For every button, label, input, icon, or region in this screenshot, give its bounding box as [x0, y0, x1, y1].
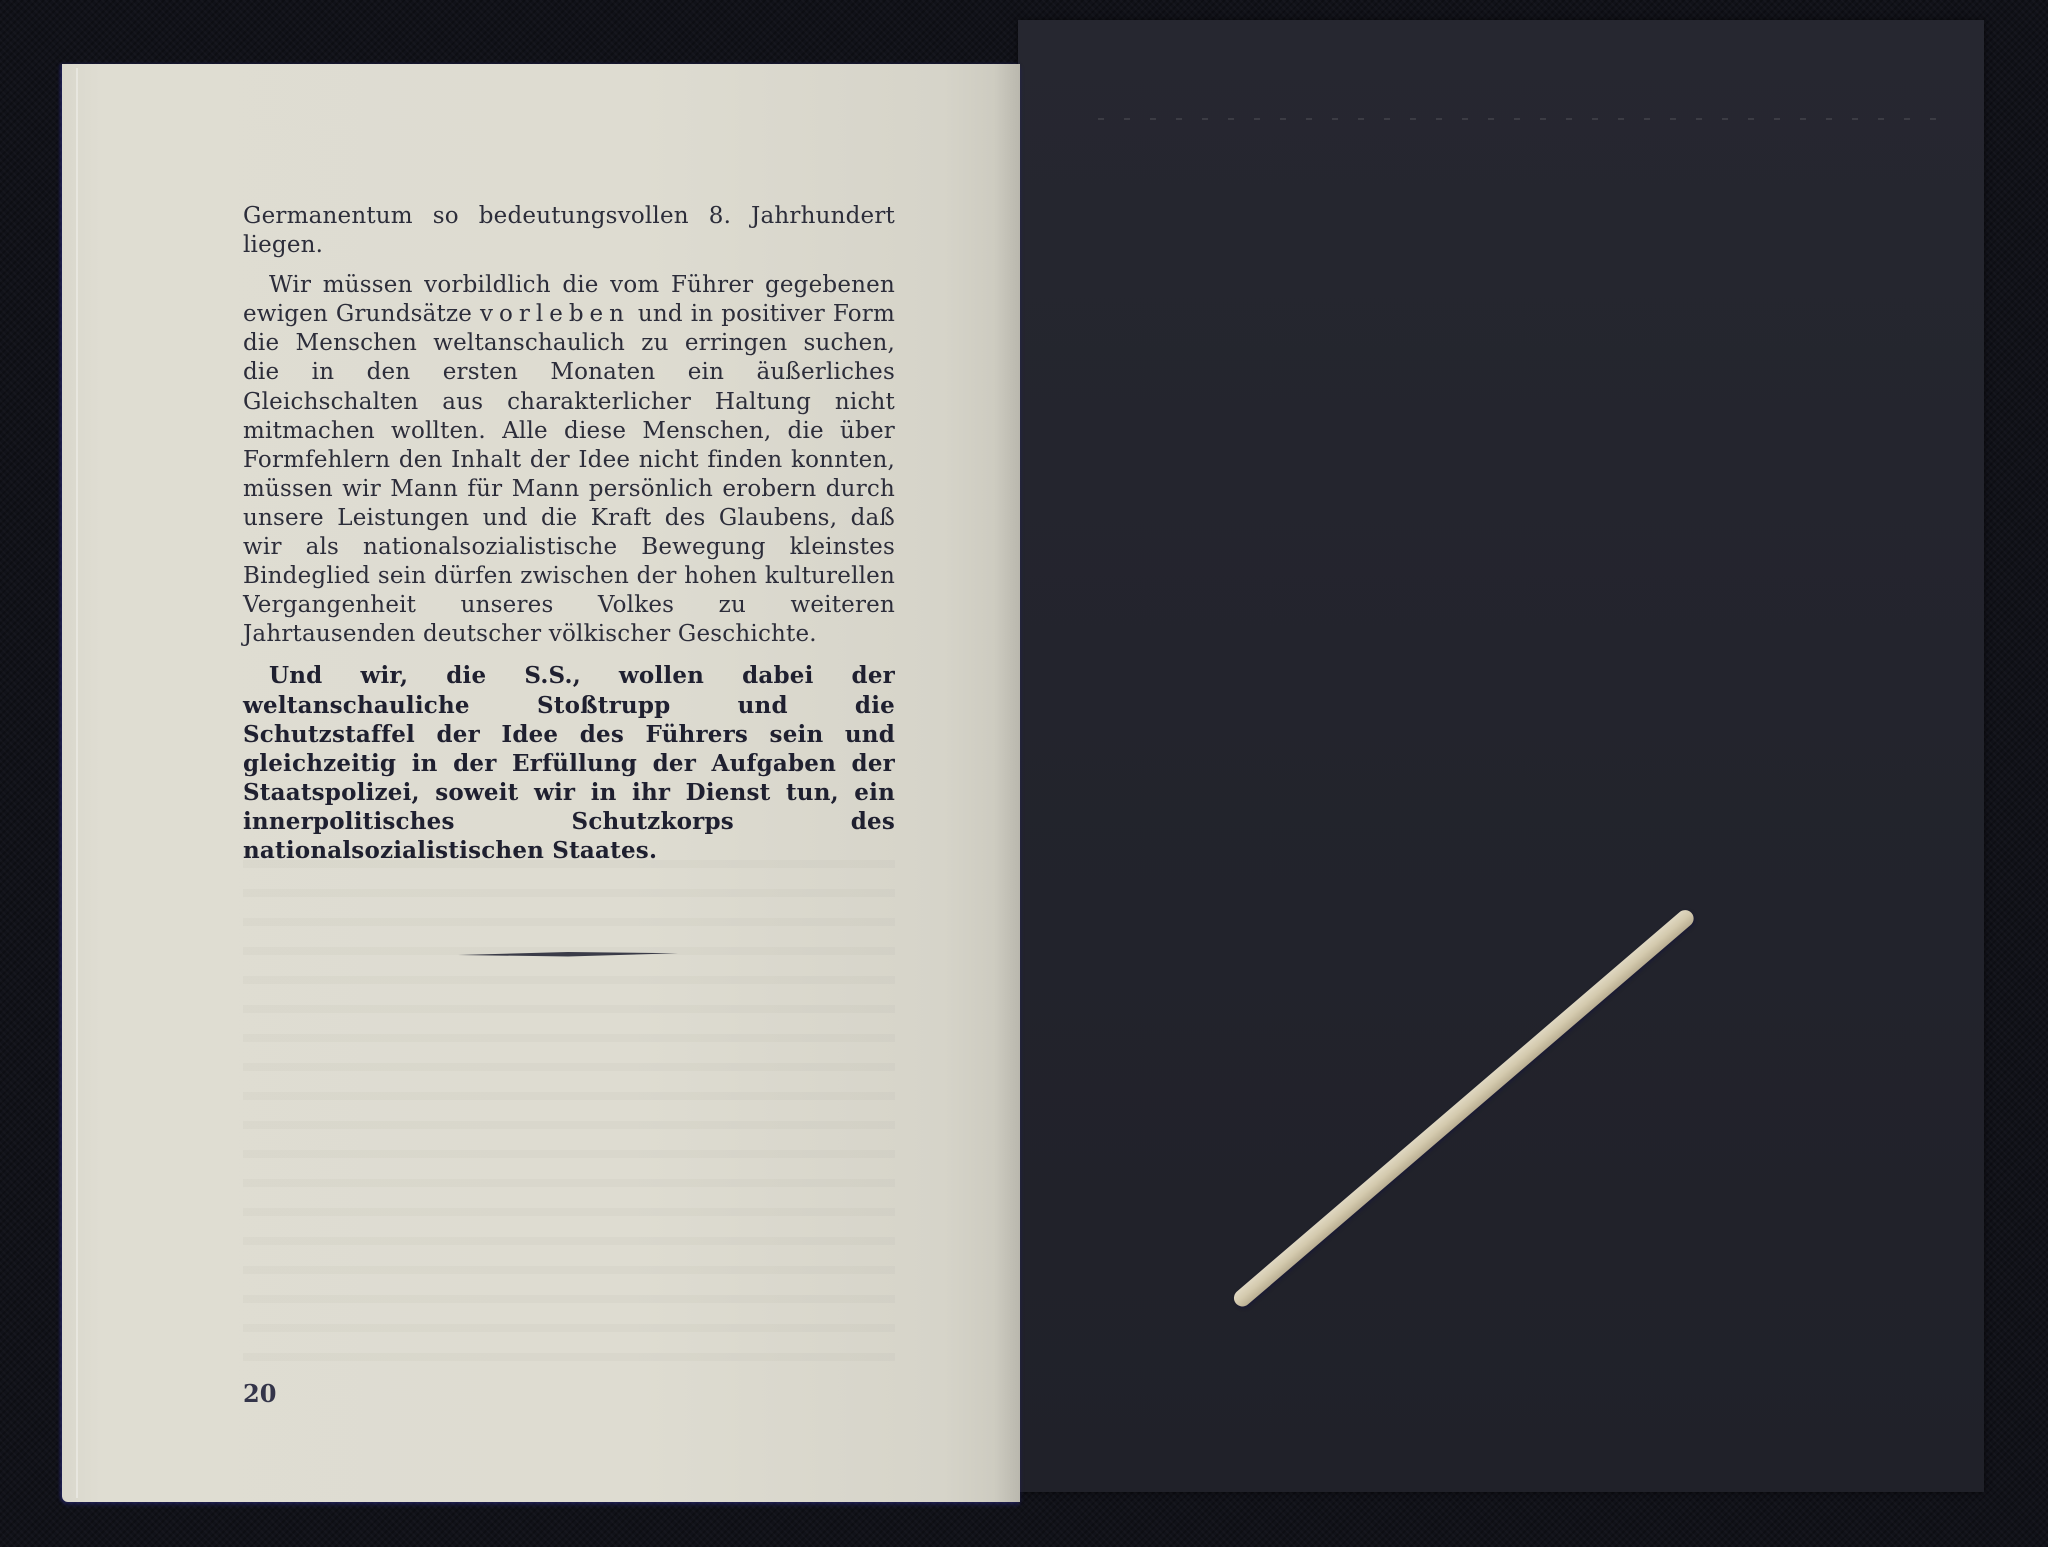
photo-scene: Germanentum so bedeutungsvollen 8. Jahrh… [0, 0, 2048, 1547]
paragraph-continuation: Germanentum so bedeutungsvollen 8. Jahrh… [243, 202, 895, 260]
tapered-rule-divider-icon [458, 950, 678, 958]
show-through-text [243, 844, 895, 1364]
paragraph-main: Wir müssen vorbildlich die vom Führer ge… [243, 271, 895, 649]
right-dark-page [1018, 20, 1984, 1492]
gutter-shadow [994, 64, 1020, 1502]
left-printed-page: Germanentum so bedeutungsvollen 8. Jahrh… [62, 64, 1020, 1502]
paragraph-main-part-2: und in positiver Form die Menschen welta… [243, 301, 895, 647]
page-number: 20 [243, 1379, 276, 1408]
body-text: Germanentum so bedeutungsvollen 8. Jahrh… [243, 202, 895, 876]
paragraph-bold: Und wir, die S.S., wollen dabei der welt… [243, 661, 895, 865]
emphasized-word: vorleben [480, 301, 630, 327]
